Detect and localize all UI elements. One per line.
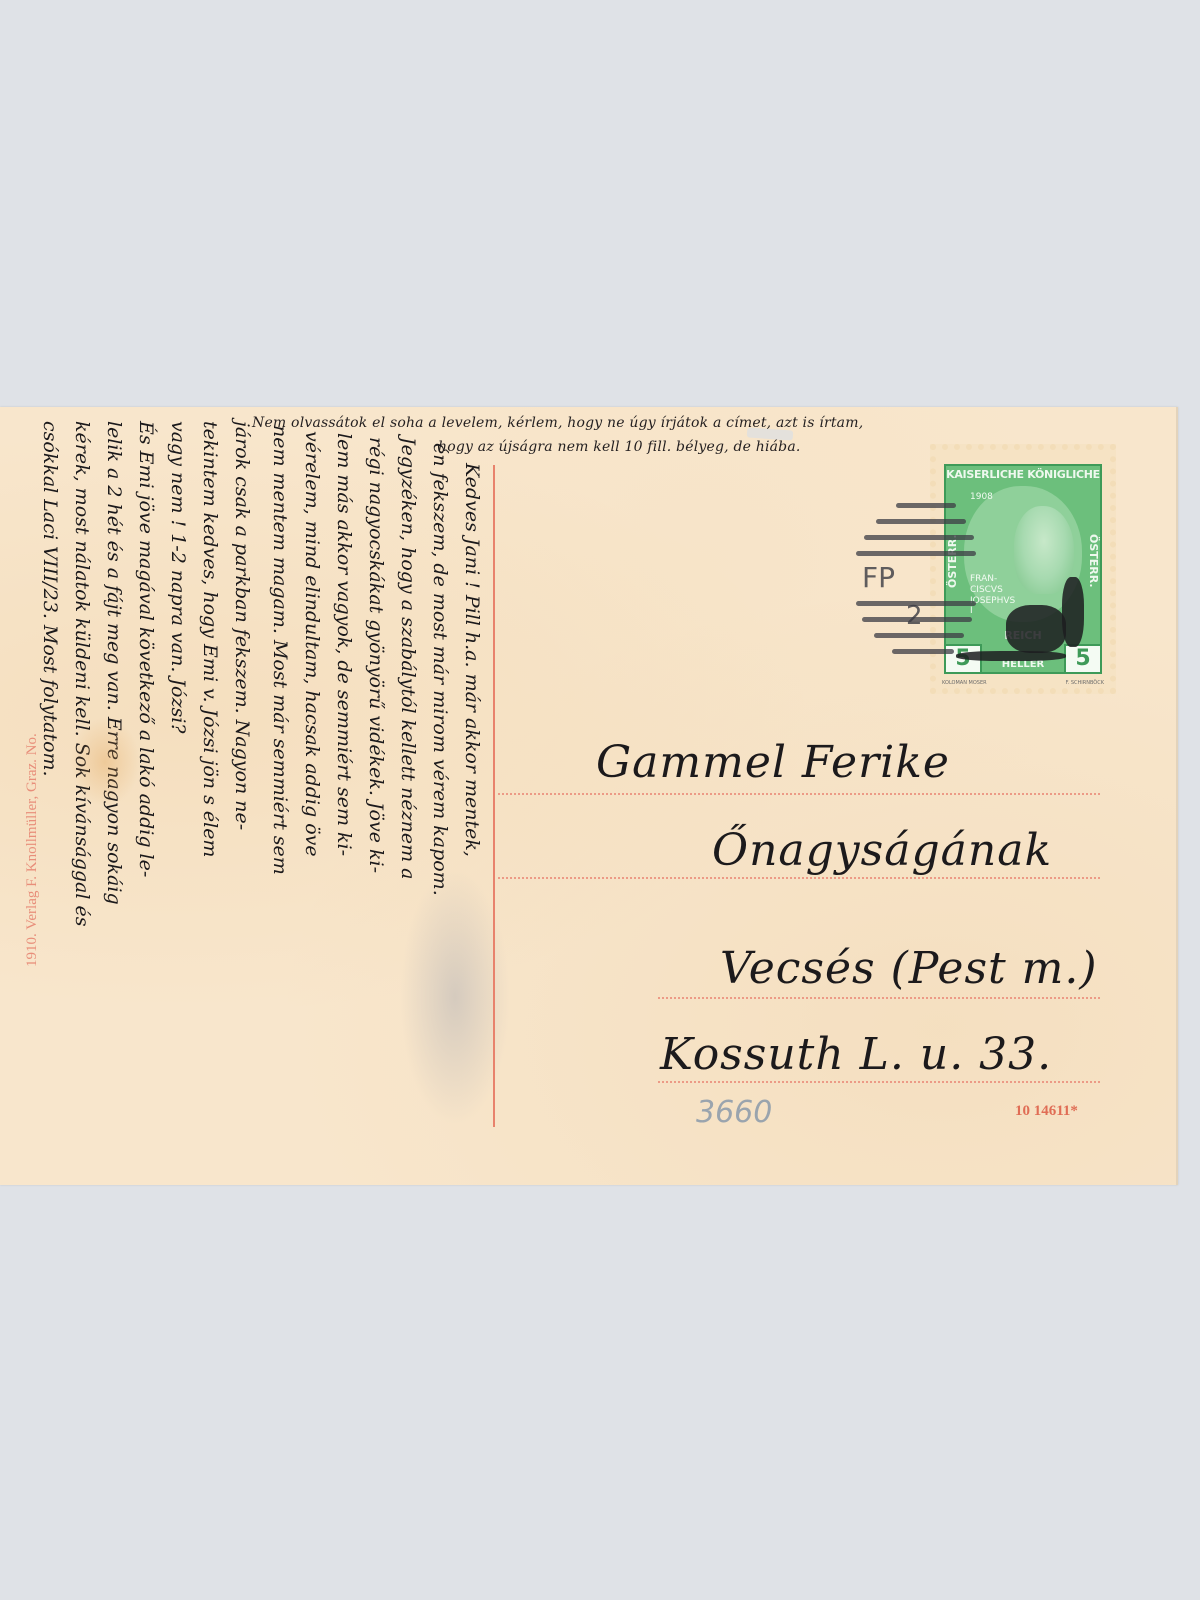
address-title: Őnagyságának: [712, 825, 1052, 876]
engraver-right: F. SCHIRNBÖCK: [1066, 680, 1104, 686]
message-line: kérek, most nálatok küldeni kell. Sok kí…: [72, 421, 91, 926]
message-line: nem mentem magam. Most már semmiért sem: [270, 425, 289, 875]
stamp-right-text: ÖSTERR.: [1087, 486, 1100, 636]
address-name: Gammel Ferike: [596, 737, 950, 788]
center-divider: [493, 465, 495, 1127]
address-street: Kossuth L. u. 33.: [660, 1029, 1052, 1080]
postcard-back: Nem olvassátok el soha a levelem, kérlem…: [0, 407, 1178, 1185]
address-rule-2: [498, 877, 1100, 879]
address-rule-1: [498, 793, 1100, 795]
serial-number: 10 14611*: [1015, 1103, 1078, 1120]
publisher-imprint: 1910. Verlag F. Knollmüller, Graz. No.: [24, 733, 41, 967]
message-line: csókkal Laci VIII/23. Most folytatom.: [40, 421, 59, 777]
message-line: régi nagyocskákat gyönyörű vidékek. Jöve…: [366, 437, 385, 873]
pencil-note: 3660: [696, 1095, 772, 1130]
message-line: És Emi jöve magával következő a lakó add…: [136, 421, 155, 877]
message-line: járok csak a parkban fekszem. Nagyon ne-: [232, 421, 251, 830]
message-line: tekintem kedves, hogy Emi v. Józsi jön s…: [200, 421, 219, 857]
postmark-cancellation: FP 2: [846, 497, 1086, 667]
foxing-stain: [70, 717, 140, 807]
engraver-left: KOLOMAN MOSER: [942, 680, 987, 686]
postmark-text: FP: [862, 561, 895, 594]
address-rule-4: [658, 1081, 1100, 1083]
postmark-date: 2: [906, 601, 923, 631]
message-line: Kedves Jani ! Pill h.a. már akkor mentek…: [462, 463, 481, 857]
message-line: vérelem, mind elindultam, hacsak addig ö…: [302, 431, 321, 857]
message-line: vagy nem ! 1-2 napra van. Józsi?: [168, 421, 187, 733]
address-town: Vecsés (Pest m.): [720, 943, 1098, 994]
message-line: lelik a 2 hét és a fájt meg van. Erre na…: [104, 421, 123, 905]
stamp-engravers: KOLOMAN MOSER F. SCHIRNBÖCK: [942, 680, 1104, 686]
message-line: Jegyzéken, hogy a szabálytól kellett néz…: [398, 437, 417, 879]
top-note-line-2: hogy az újságra nem kell 10 fill. bélyeg…: [438, 439, 801, 455]
address-rule-3: [658, 997, 1100, 999]
message-line: én fekszem, de most már mirom vérem kapo…: [430, 443, 449, 896]
message-line: lem más akkor vagyok, de semmiért sem ki…: [334, 433, 353, 856]
stamp-top-text: KAISERLICHE KÖNIGLICHE: [946, 468, 1100, 481]
